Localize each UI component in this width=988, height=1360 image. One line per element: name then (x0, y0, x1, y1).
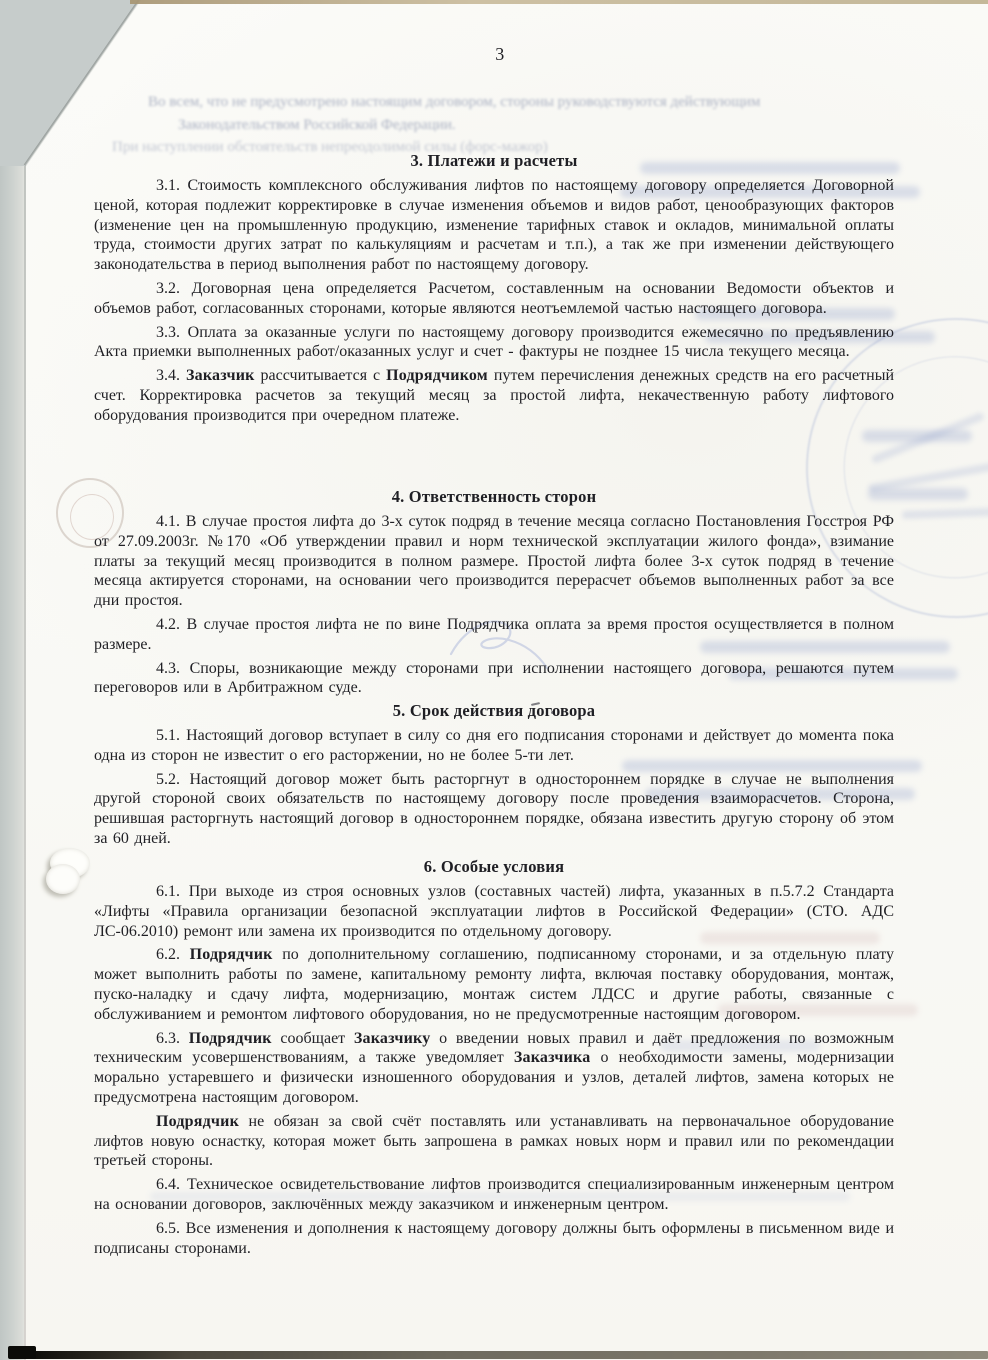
clause: 5.2. Настоящий договор может быть растор… (94, 770, 894, 849)
section-heading: 3. Платежи и расчеты (94, 150, 894, 171)
clause: 6.2. Подрядчик по дополнительному соглаш… (94, 945, 894, 1024)
scanned-contract-page: Во всем, что не предусмотрено настоящим … (0, 0, 988, 1360)
clause: 4.3. Споры, возникающие между сторонами … (94, 659, 894, 699)
clause: 4.2. В случае простоя лифта не по вине П… (94, 615, 894, 655)
clause: 3.2. Договорная цена определяется Расчет… (94, 279, 894, 319)
clause: 4.1. В случае простоя лифта до 3-х суток… (94, 512, 894, 611)
scan-edge-bottom-nub (8, 1346, 36, 1359)
clause: Подрядчик не обязан за свой счёт поставл… (94, 1112, 894, 1171)
clause: 6.4. Техническое освидетельствование лиф… (94, 1175, 894, 1215)
clause: 3.1. Стоимость комплексного обслуживания… (94, 176, 894, 275)
page-number: 3 (94, 44, 906, 65)
bleed-through-text: Законодательством Российской Федерации. (178, 117, 608, 133)
clause: 6.3. Подрядчик сообщает Заказчику о введ… (94, 1029, 894, 1108)
scan-edge-bottom (10, 1351, 988, 1359)
clause: 3.3. Оплата за оказанные услуги по насто… (94, 323, 894, 363)
section-3: 3. Платежи и расчеты3.1. Стоимость компл… (94, 150, 894, 430)
clause: 3.4. Заказчик рассчитывается с Подрядчик… (94, 366, 894, 425)
bleed-through-text: Во всем, что не предусмотрено настоящим … (148, 94, 928, 110)
clause: 6.5. Все изменения и дополнения к настоя… (94, 1219, 894, 1259)
section-heading: 5. Срок действия договора (94, 700, 894, 721)
section-6: 6. Особые условия6.1. При выходе из стро… (94, 856, 894, 1262)
correction-blob (50, 848, 90, 878)
section-heading: 4. Ответственность сторон (94, 486, 894, 507)
section-heading: 6. Особые условия (94, 856, 894, 877)
section-4: 4. Ответственность сторон4.1. В случае п… (94, 486, 894, 702)
scan-edge-top (130, 0, 988, 4)
clause: 5.1. Настоящий договор вступает в силу с… (94, 726, 894, 766)
clause: 6.1. При выходе из строя основных узлов … (94, 882, 894, 941)
section-5: 5. Срок действия договора5.1. Настоящий … (94, 700, 894, 853)
scan-edge-left (0, 0, 26, 1360)
